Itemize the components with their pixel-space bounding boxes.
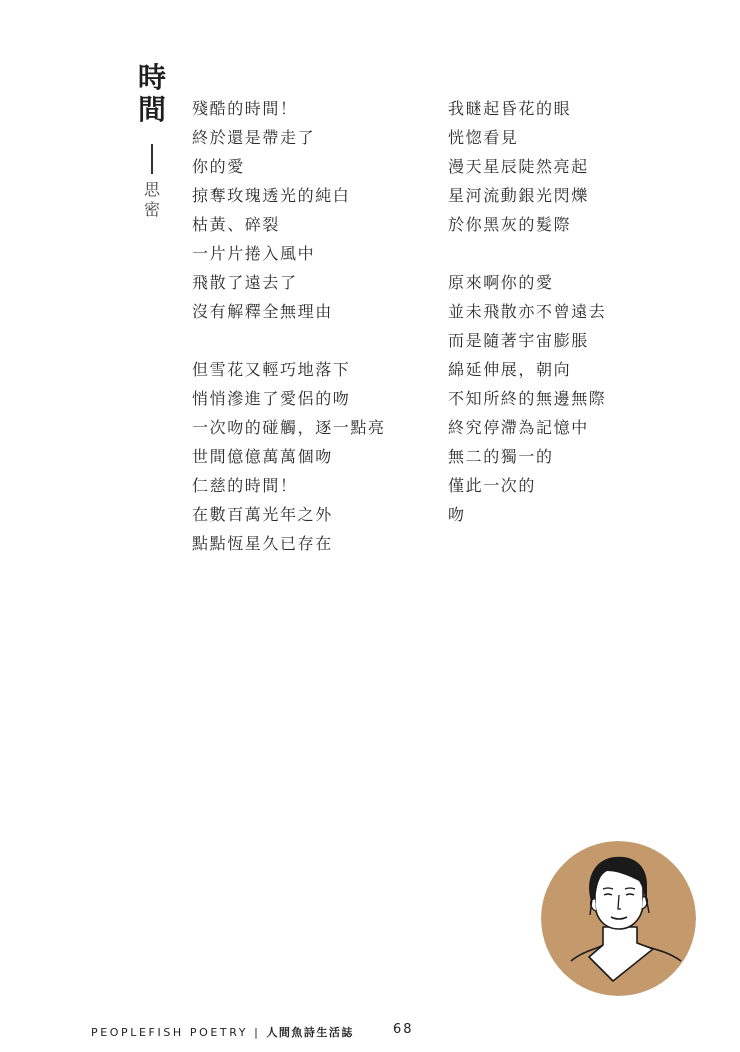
poem-line: 漫天星辰陡然亮起 bbox=[448, 152, 606, 181]
poem-line: 原來啊你的愛 bbox=[448, 268, 606, 297]
poem-right-column: 我瞇起昏花的眼 恍惚看見 漫天星辰陡然亮起 星河流動銀光閃爍 於你黑灰的髮際 原… bbox=[448, 94, 606, 529]
poem-title-char: 間 bbox=[134, 94, 170, 126]
poem-line: 一次吻的碰觸，逐一點亮 bbox=[192, 413, 386, 442]
poem-line: 殘酷的時間！ bbox=[192, 94, 386, 123]
poem-line: 掠奪玫瑰透光的純白 bbox=[192, 181, 386, 210]
poem-line: 我瞇起昏花的眼 bbox=[448, 94, 606, 123]
poem-line: 不知所終的無邊無際 bbox=[448, 384, 606, 413]
stanza-break bbox=[448, 239, 606, 268]
poem-title: 時 間 bbox=[134, 62, 170, 126]
page-number: 68 bbox=[393, 1022, 414, 1037]
poem-left-column: 殘酷的時間！ 終於還是帶走了 你的愛 掠奪玫瑰透光的純白 枯黃、碎裂 一片片捲入… bbox=[192, 94, 386, 558]
poem-line: 無二的獨一的 bbox=[448, 442, 606, 471]
stanza-break bbox=[192, 326, 386, 355]
poem-line: 終究停滯為記憶中 bbox=[448, 413, 606, 442]
poem-line: 你的愛 bbox=[192, 152, 386, 181]
poem-line: 飛散了遠去了 bbox=[192, 268, 386, 297]
poem-line: 仁慈的時間！ bbox=[192, 471, 386, 500]
poem-line: 於你黑灰的髮際 bbox=[448, 210, 606, 239]
poem-title-char: 時 bbox=[134, 62, 170, 94]
poem-line: 沒有解釋全無理由 bbox=[192, 297, 386, 326]
footer-brand: PEOPLEFISH POETRY bbox=[91, 1026, 248, 1039]
author-char: 密 bbox=[142, 200, 162, 220]
poem-author: 思 密 bbox=[142, 180, 162, 220]
poem-line: 一片片捲入風中 bbox=[192, 239, 386, 268]
poem-line: 點點恆星久已存在 bbox=[192, 529, 386, 558]
portrait-illustration-icon bbox=[541, 841, 696, 996]
footer-separator: | bbox=[254, 1026, 260, 1039]
poem-line: 但雪花又輕巧地落下 bbox=[192, 355, 386, 384]
poem-line: 恍惚看見 bbox=[448, 123, 606, 152]
page-footer: PEOPLEFISH POETRY|人間魚詩生活誌 bbox=[91, 1024, 354, 1040]
poem-line: 而是隨著宇宙膨脹 bbox=[448, 326, 606, 355]
title-author-dash bbox=[151, 144, 153, 174]
poem-line: 在數百萬光年之外 bbox=[192, 500, 386, 529]
author-char: 思 bbox=[142, 180, 162, 200]
poem-line: 悄悄滲進了愛侶的吻 bbox=[192, 384, 386, 413]
poem-line: 星河流動銀光閃爍 bbox=[448, 181, 606, 210]
poem-line: 吻 bbox=[448, 500, 606, 529]
footer-publication: 人間魚詩生活誌 bbox=[266, 1026, 354, 1039]
poem-line: 世間億億萬萬個吻 bbox=[192, 442, 386, 471]
poem-line: 終於還是帶走了 bbox=[192, 123, 386, 152]
poem-line: 枯黃、碎裂 bbox=[192, 210, 386, 239]
poem-line: 綿延伸展，朝向 bbox=[448, 355, 606, 384]
poem-line: 並未飛散亦不曾遠去 bbox=[448, 297, 606, 326]
poem-line: 僅此一次的 bbox=[448, 471, 606, 500]
author-portrait-avatar bbox=[541, 841, 696, 996]
